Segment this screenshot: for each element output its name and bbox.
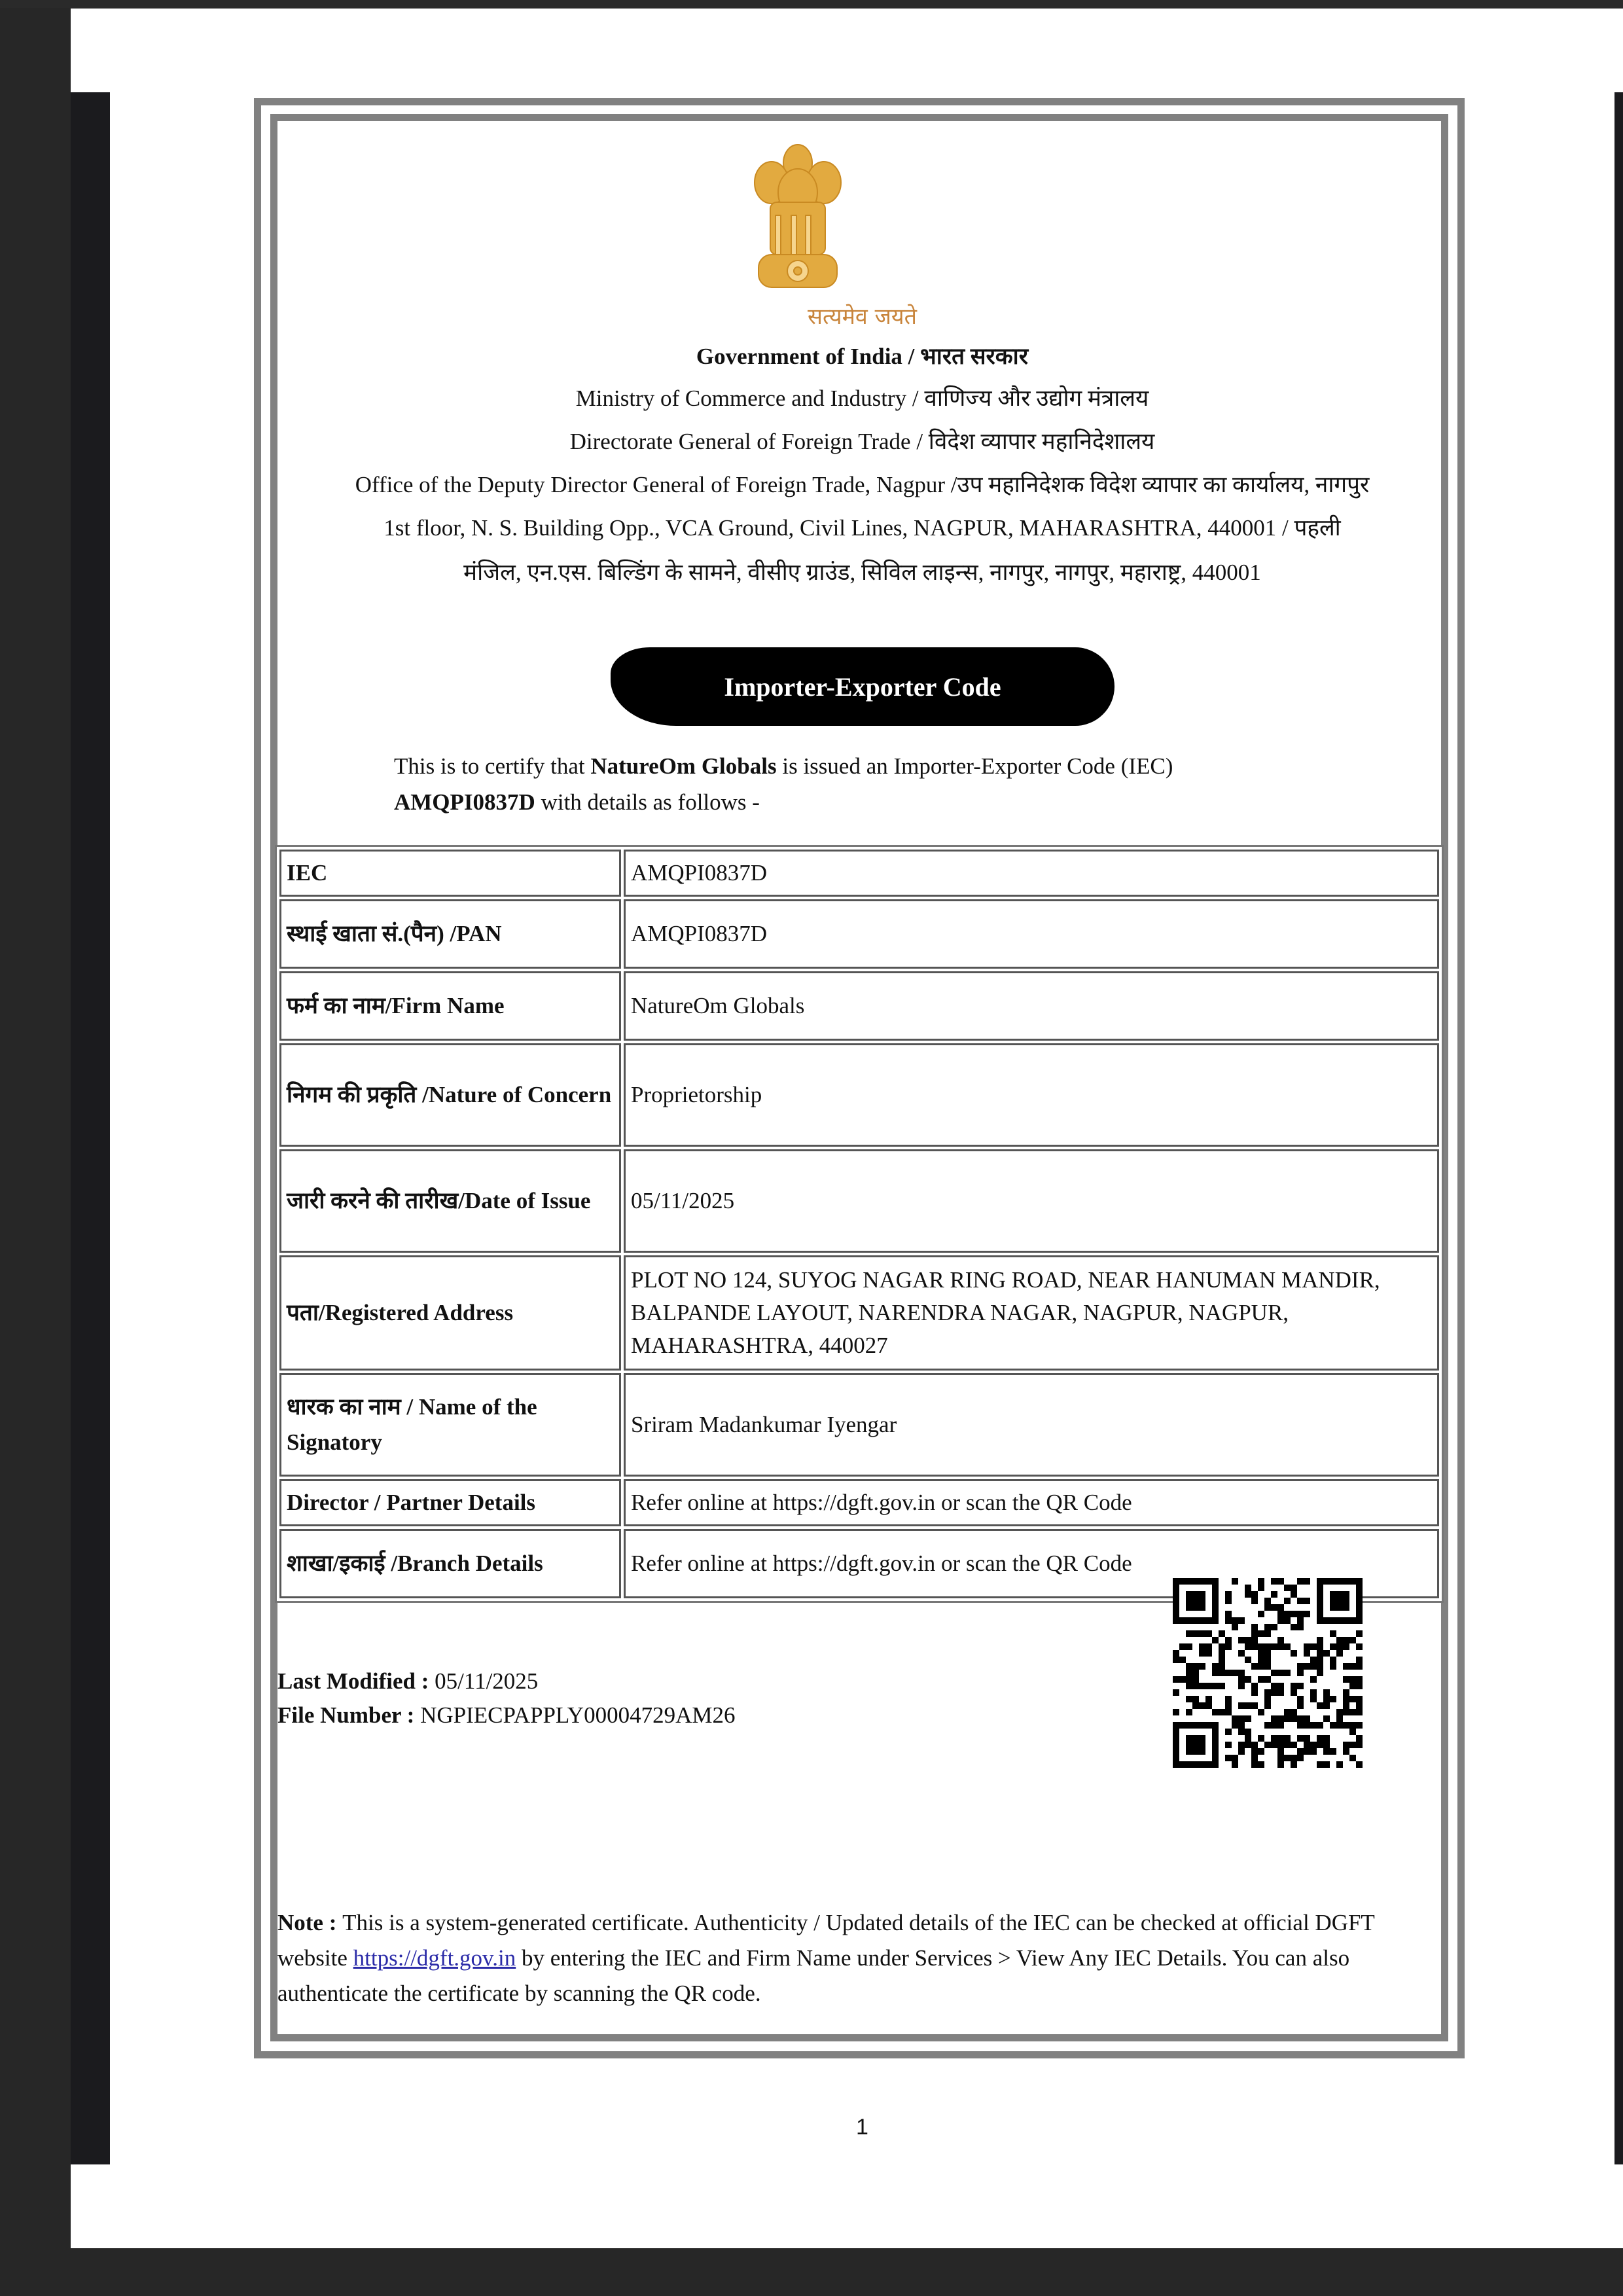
row-label: IEC — [279, 850, 621, 897]
table-row: Director / Partner Details Refer online … — [279, 1479, 1439, 1526]
row-label: निगम की प्रकृति /Nature of Concern — [279, 1043, 621, 1147]
office-address-line2: मंजिल, एन.एस. बिल्डिंग के सामने, वीसीए ग… — [110, 558, 1614, 587]
table-row: पता/Registered Address PLOT NO 124, SUYO… — [279, 1255, 1439, 1371]
row-value: Sriram Madankumar Iyengar — [624, 1373, 1439, 1477]
certify-statement: This is to certify that NatureOm Globals… — [394, 748, 1415, 820]
file-number: File Number : NGPIECPAPPLY00004729AM26 — [277, 1698, 735, 1732]
qr-code-icon[interactable] — [1173, 1578, 1363, 1768]
viewer-right-margin — [1614, 92, 1623, 2164]
table-row: धारक का नाम / Name of the Signatory Srir… — [279, 1373, 1439, 1477]
ministry-heading: Ministry of Commerce and Industry / वाणि… — [110, 384, 1614, 413]
row-label: जारी करने की तारीख/Date of Issue — [279, 1149, 621, 1253]
row-value: PLOT NO 124, SUYOG NAGAR RING ROAD, NEAR… — [624, 1255, 1439, 1371]
directorate-heading: Directorate General of Foreign Trade / व… — [110, 427, 1614, 456]
row-label: फर्म का नाम/Firm Name — [279, 971, 621, 1041]
row-value: AMQPI0837D — [624, 899, 1439, 969]
certificate-title: Importer-Exporter Code — [611, 647, 1115, 726]
row-label: स्थाई खाता सं.(पैन) /PAN — [279, 899, 621, 969]
row-value: AMQPI0837D — [624, 850, 1439, 897]
page-number: 1 — [110, 2115, 1614, 2140]
row-label: पता/Registered Address — [279, 1255, 621, 1371]
details-table: IEC AMQPI0837D स्थाई खाता सं.(पैन) /PAN … — [275, 845, 1444, 1603]
row-value: NatureOm Globals — [624, 971, 1439, 1041]
row-label: धारक का नाम / Name of the Signatory — [279, 1373, 621, 1477]
viewer-left-margin — [71, 92, 110, 2164]
table-row: निगम की प्रकृति /Nature of Concern Propr… — [279, 1043, 1439, 1147]
government-heading: Government of India / भारत सरकार — [110, 342, 1614, 371]
national-emblem-icon — [732, 137, 863, 314]
row-value: Refer online at https://dgft.gov.in or s… — [624, 1479, 1439, 1526]
table-row: फर्म का नाम/Firm Name NatureOm Globals — [279, 971, 1439, 1041]
table-row: स्थाई खाता सं.(पैन) /PAN AMQPI0837D — [279, 899, 1439, 969]
emblem-motto: सत्यमेव जयते — [110, 300, 1614, 331]
certify-firm-name: NatureOm Globals — [590, 753, 776, 779]
certificate-page: सत्यमेव जयते Government of India / भारत … — [110, 92, 1614, 2164]
row-label: Director / Partner Details — [279, 1479, 621, 1526]
office-address-line1: 1st floor, N. S. Building Opp., VCA Grou… — [110, 514, 1614, 543]
office-heading: Office of the Deputy Director General of… — [110, 471, 1614, 499]
viewer-top-bar — [0, 0, 1623, 8]
certify-iec: AMQPI0837D — [394, 789, 535, 815]
row-label: शाखा/इकाई /Branch Details — [279, 1529, 621, 1598]
dgft-link[interactable]: https://dgft.gov.in — [353, 1945, 516, 1971]
last-modified: Last Modified : 05/11/2025 — [277, 1664, 735, 1698]
certificate-meta: Last Modified : 05/11/2025 File Number :… — [277, 1664, 735, 1732]
row-value: Proprietorship — [624, 1043, 1439, 1147]
table-row: जारी करने की तारीख/Date of Issue 05/11/2… — [279, 1149, 1439, 1253]
note-paragraph: Note : This is a system-generated certif… — [277, 1905, 1429, 2011]
row-value: 05/11/2025 — [624, 1149, 1439, 1253]
table-row: IEC AMQPI0837D — [279, 850, 1439, 897]
